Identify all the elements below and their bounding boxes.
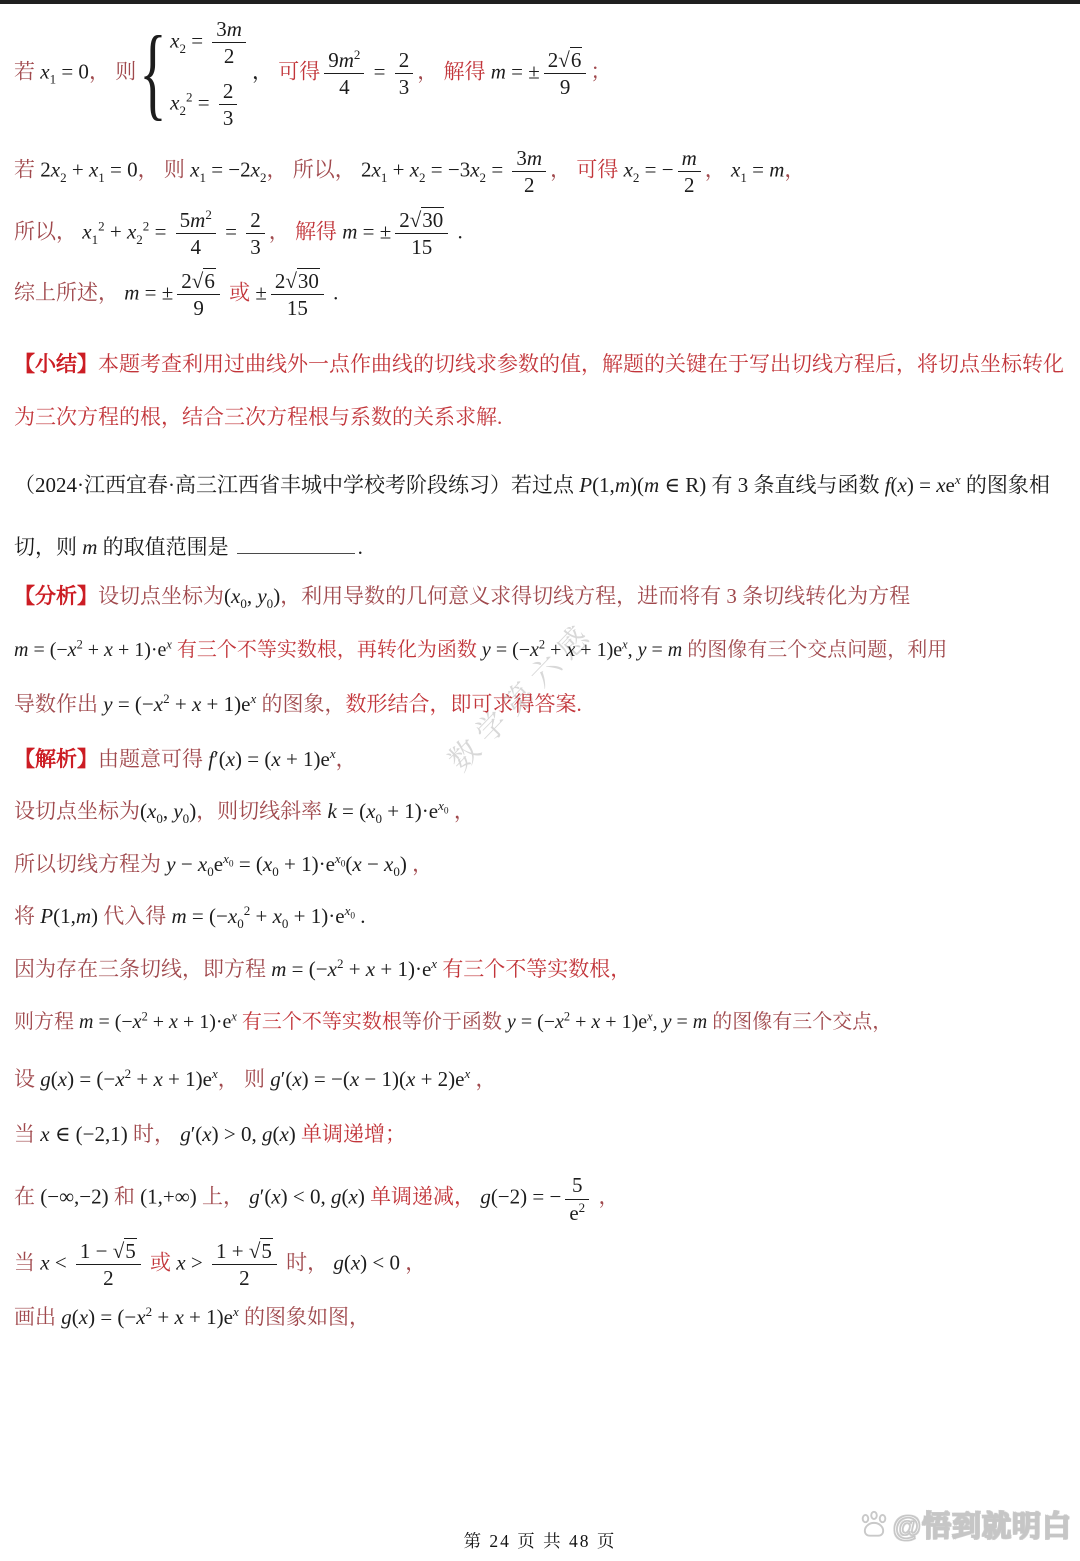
math-var: x (89, 158, 98, 182)
math-var: m (82, 535, 97, 559)
math-roman: + 1)·e (382, 799, 438, 823)
solution-line-derivative: 【解析】由题意可得 f′(x) = (x + 1)ex， (14, 743, 1068, 776)
math-roman: ∈ R) (659, 473, 706, 497)
math-roman: = (186, 29, 208, 53)
math-roman: = (149, 219, 171, 243)
math-roman: = (− (491, 639, 530, 661)
math-var: x (273, 904, 282, 928)
math-roman: (1, (592, 473, 615, 497)
highlight-text: 或 (145, 1250, 177, 1274)
highlight-text: 有三个不等实数根， (437, 957, 631, 981)
math-roman: ) < 0, (281, 1185, 331, 1209)
fraction: 1 + √52 (212, 1238, 277, 1292)
math-var: x (133, 1011, 142, 1033)
math-roman: 9 (560, 75, 571, 99)
cn-text: ， (593, 1185, 619, 1209)
math-roman: > (186, 1250, 208, 1274)
math-var: x (202, 1122, 211, 1146)
math-roman: + 1)e (184, 1305, 233, 1329)
fraction: 2√69 (544, 47, 587, 101)
cn-text: 等价于函数 (402, 1011, 507, 1033)
math-roman: )( (630, 473, 644, 497)
summary-paragraph: 【小结】本题考查利用过曲线外一点作曲线的切线求参数的值，解题的关键在于写出切线方… (14, 338, 1068, 445)
math-roman: e (946, 473, 955, 497)
highlight-text: 单调递减， (365, 1185, 481, 1209)
math-roman: 4 (339, 75, 350, 99)
black-text: （2024·江西宜春·高三江西省丰城中学校考阶段练习）若过点 (14, 473, 579, 497)
math-roman: ( (140, 799, 147, 823)
math-roman: ) < 0 (360, 1250, 400, 1274)
math-roman: < (50, 1250, 72, 1274)
highlight-text: 解得 (295, 219, 342, 243)
math-roman: − (362, 852, 384, 876)
math-var: x (410, 158, 419, 182)
math-var: P (40, 904, 53, 928)
solution-line-negative: 当 x < 1 − √52 或 x > 1 + √52 时， g(x) < 0 … (14, 1238, 1068, 1292)
cn-text: ， (218, 1067, 244, 1091)
math-roman: 30 (422, 208, 443, 232)
math-var: x (147, 799, 156, 823)
math-roman: ) = (− (88, 1305, 136, 1329)
highlight-text: 或 (224, 281, 256, 305)
math-roman: = (672, 1011, 693, 1033)
math-roman: = ( (234, 852, 263, 876)
math-roman: 15 (411, 235, 432, 259)
math-roman: = (− (28, 639, 67, 661)
cn-text: 设切点坐标为 (14, 799, 140, 823)
formula-line-conclusion: 综上所述， m = ±2√69 或 ±2√3015 . (14, 268, 1068, 322)
cn-text: 的图象， (256, 692, 345, 716)
math-roman: 2 (239, 1266, 250, 1290)
math-roman: + (152, 1305, 174, 1329)
math-roman: ( (72, 1305, 79, 1329)
math-var: x (350, 1067, 359, 1091)
analysis-line-1: 【分析】设切点坐标为(x0, y0)，利用导数的几何意义求得切线方程，进而将有 … (14, 580, 1068, 613)
math-roman: 2 (250, 208, 261, 232)
math-roman: 3 (216, 17, 227, 41)
math-roman: ± (255, 281, 267, 305)
baidu-paw-icon (858, 1509, 890, 1541)
cn-text: ， (407, 852, 433, 876)
math-var: g (333, 1250, 344, 1274)
problem-statement: （2024·江西宜春·高三江西省丰城中学校考阶段练习）若过点 P(1,m)(m … (14, 455, 1068, 579)
math-roman: = ± (139, 281, 173, 305)
math-roman: + (545, 639, 566, 661)
fraction: 5m24 (176, 207, 216, 261)
math-var: x (372, 158, 381, 182)
cn-text: 若 (14, 158, 40, 182)
math-var: x (898, 473, 907, 497)
math-roman: + 1)·e (375, 957, 431, 981)
math-roman: = − (639, 158, 673, 182)
math-var: x (366, 957, 375, 981)
math-var: x (40, 1250, 49, 1274)
math-roman: . (452, 219, 463, 243)
math-var: y (507, 1011, 516, 1033)
cn-text: ， (417, 59, 443, 83)
black-text: 有 3 条直线与函数 (706, 473, 885, 497)
math-var: x (263, 852, 272, 876)
math-roman: + 1)·e (288, 904, 344, 928)
solution-line-graph: 画出 g(x) = (−x2 + x + 1)ex 的图象如图， (14, 1301, 1068, 1334)
math-var: m (693, 1011, 707, 1033)
cn-text: 则 (164, 158, 190, 182)
math-var: x (40, 59, 49, 83)
math-roman: 2 (361, 158, 372, 182)
math-var: x (271, 747, 280, 771)
math-roman: (1, (53, 904, 76, 928)
math-var: x (292, 1067, 301, 1091)
math-var: x (169, 1011, 178, 1033)
cn-text: ， (336, 747, 357, 771)
formula-line-case1: 若 x1 = 0， 则{x2 = 3m2x22 = 23， 可得9m24 = 2… (14, 16, 1068, 131)
math-roman: + 1)e (201, 692, 250, 716)
subscript: 2 (179, 102, 186, 117)
math-roman: = (486, 158, 508, 182)
math-roman: ) (91, 904, 98, 928)
math-roman: = −2 (206, 158, 251, 182)
math-var: x (936, 473, 945, 497)
cn-text: 若 (14, 59, 40, 83)
math-var: x (192, 692, 201, 716)
math-var: m (615, 473, 630, 497)
math-var: x (154, 692, 163, 716)
cn-text: 由题意可得 (98, 747, 208, 771)
math-var: y (482, 639, 491, 661)
math-roman: 15 (287, 296, 308, 320)
highlight-text: 单调递增； (296, 1122, 406, 1146)
math-roman: , (628, 639, 638, 661)
superscript: 2 (354, 47, 361, 62)
math-roman: 2 (40, 158, 51, 182)
math-var: x (40, 1122, 49, 1146)
solution-line-three-roots: 因为存在三条切线，即方程 m = (−x2 + x + 1)·ex 有三个不等实… (14, 953, 1068, 986)
math-roman: = (220, 219, 242, 243)
math-var: g (180, 1122, 191, 1146)
math-var: g (40, 1067, 51, 1091)
fraction: 3m2 (512, 145, 546, 199)
highlight-text: 解得 (444, 59, 491, 83)
fraction: 9m24 (324, 47, 364, 101)
math-var: P (579, 473, 592, 497)
math-var: y (638, 639, 647, 661)
math-var: x (174, 1305, 183, 1329)
math-var: m (172, 904, 187, 928)
math-roman: + (170, 692, 192, 716)
math-var: x (351, 1250, 360, 1274)
math-var: x (624, 158, 633, 182)
solution-line-substitute: 将 P(1,m) 代入得 m = (−x02 + x0 + 1)·ex0 . (14, 900, 1068, 933)
cn-text: ， (449, 799, 475, 823)
math-roman: ′( (191, 1122, 203, 1146)
analysis-line-2: m = (−x2 + x + 1)·ex 有三个不等实数根，再转化为函数 y =… (14, 635, 1068, 666)
math-var: g (249, 1185, 260, 1209)
math-roman: 6 (204, 269, 215, 293)
math-roman: = (− (187, 904, 228, 928)
math-var: x (153, 1067, 162, 1091)
math-var: x (555, 1011, 564, 1033)
solution-line-decreasing: 在 (−∞,−2) 和 (1,+∞) 上， g′(x) < 0, g(x) 单调… (14, 1172, 1068, 1226)
sqrt: √5 (249, 1238, 273, 1264)
math-roman: 5 (180, 208, 191, 232)
math-var: x (406, 1067, 415, 1091)
black-text: . (358, 535, 363, 559)
math-var: m (271, 957, 286, 981)
math-roman: ( (51, 1067, 58, 1091)
math-roman: ) = ( (235, 747, 271, 771)
math-roman: . (328, 281, 339, 305)
math-roman: ) > 0, (212, 1122, 262, 1146)
cn-text: 时， (281, 1250, 334, 1274)
math-roman: + (83, 639, 104, 661)
math-roman: 2 (399, 208, 410, 232)
math-roman: ) (289, 1122, 296, 1146)
cn-text: 代入得 (98, 904, 172, 928)
cn-text: 在 (14, 1185, 40, 1209)
math-roman: + (67, 158, 89, 182)
cn-text: 所以， (14, 219, 82, 243)
cn-text: ， (550, 158, 576, 182)
document-page: 若 x1 = 0， 则{x2 = 3m2x22 = 23， 可得9m24 = 2… (0, 0, 1080, 1561)
math-roman: + 1)e (163, 1067, 212, 1091)
math-var: m (644, 473, 659, 497)
math-var: x (115, 1067, 124, 1091)
math-var: x (470, 158, 479, 182)
cn-text: 的图像有三个交点， (707, 1011, 892, 1033)
math-var: g (270, 1067, 281, 1091)
math-var: x (68, 639, 77, 661)
math-roman: 3 (223, 106, 234, 130)
math-var: m (668, 639, 682, 661)
cn-text: ， (138, 158, 164, 182)
math-var: x (176, 1250, 185, 1274)
math-roman: + 1)·e (178, 1011, 231, 1033)
math-var: x (530, 639, 539, 661)
solution-content: 若 x1 = 0， 则{x2 = 3m2x22 = 23， 可得9m24 = 2… (0, 0, 1080, 1334)
math-roman: + 1)e (281, 747, 330, 771)
math-roman: ) (358, 1185, 365, 1209)
math-var: g (61, 1305, 72, 1329)
math-var: x (348, 1185, 357, 1209)
math-var: x (82, 219, 91, 243)
math-var: x (279, 1122, 288, 1146)
cn-text: ， (470, 1067, 496, 1091)
blank-underline (237, 530, 355, 553)
math-roman: ， (252, 59, 278, 83)
math-var: y (166, 852, 175, 876)
math-roman: ) = −( (302, 1067, 350, 1091)
cn-text: ； (590, 59, 611, 83)
cn-text: 的图象如图， (239, 1305, 370, 1329)
math-roman: + 1)·e (113, 639, 166, 661)
math-roman: ′( (260, 1185, 272, 1209)
superscript: 2 (205, 207, 212, 222)
math-roman: 3 (399, 75, 410, 99)
math-roman: = (− (93, 1011, 132, 1033)
math-roman: + 2)e (415, 1067, 464, 1091)
math-roman: − 1)( (359, 1067, 406, 1091)
math-roman: 4 (191, 235, 202, 259)
cn-text: 的图像有三个交点问题，利用 (682, 639, 947, 661)
math-roman: = (747, 158, 769, 182)
fraction: 5e2 (565, 1172, 589, 1226)
math-var: y (103, 692, 112, 716)
math-var: x (136, 1305, 145, 1329)
subscript: 2 (136, 231, 143, 246)
math-var: x (328, 957, 337, 981)
math-var: x (566, 639, 575, 661)
highlight-text: 有三个不等实数根 (237, 1011, 402, 1033)
math-roman: ′( (214, 747, 226, 771)
section-label: 【解析】 (14, 747, 98, 771)
math-roman: = ( (337, 799, 366, 823)
analysis-line-3: 导数作出 y = (−x2 + x + 1)ex 的图象，数形结合，即可求得答案… (14, 688, 1068, 721)
math-roman: ) (400, 852, 407, 876)
math-roman: 3 (250, 235, 261, 259)
math-roman: e (569, 1201, 578, 1225)
math-var: x (104, 639, 113, 661)
cn-text: 将 (14, 904, 40, 928)
math-roman: ( (891, 473, 898, 497)
math-roman: 1 + (216, 1239, 249, 1263)
section-label: 【小结】 (14, 352, 98, 376)
math-roman: 3 (516, 146, 527, 170)
math-var: m (527, 146, 542, 170)
math-roman: + (131, 1067, 153, 1091)
math-var: m (227, 17, 242, 41)
cn-text: 综上所述， (14, 281, 124, 305)
sqrt: √6 (558, 47, 582, 73)
math-var: m (339, 48, 354, 72)
subscript: 0 (237, 916, 244, 931)
fraction: m2 (678, 145, 701, 199)
math-roman: 9 (328, 48, 339, 72)
cn-text: 则 (115, 59, 136, 83)
math-roman: ) = (907, 473, 936, 497)
math-roman: = −3 (426, 158, 471, 182)
highlight-text: 数形结合，即可求得答案. (345, 692, 581, 716)
math-roman: + 1)e (575, 639, 622, 661)
math-roman: 9 (193, 296, 204, 320)
brace-system: {x2 = 3m2x22 = 23 (138, 16, 250, 131)
math-var: k (327, 799, 336, 823)
math-roman: = (368, 59, 390, 83)
math-var: x (591, 1011, 600, 1033)
math-roman: 2 (399, 48, 410, 72)
math-roman: + 1)·e (279, 852, 335, 876)
cn-text: 上， (197, 1185, 250, 1209)
math-roman: 1 − (80, 1239, 113, 1263)
math-var: m (491, 59, 506, 83)
cn-text: ， (400, 1250, 426, 1274)
solution-line-slope: 设切点坐标为(x0, y0)，则切线斜率 k = (x0 + 1)·ex0 ， (14, 795, 1068, 828)
math-roman: ∈ (−2,1) (50, 1122, 128, 1146)
math-var: x (198, 852, 207, 876)
math-var: m (342, 219, 357, 243)
cn-text: ， (269, 219, 295, 243)
math-var: x (51, 158, 60, 182)
math-roman: (1,+∞) (140, 1185, 197, 1209)
math-roman: , (247, 584, 258, 608)
formula-line-case2-result: 所以， x12 + x22 = 5m24 = 23， 解得 m = ±2√301… (14, 207, 1068, 261)
math-var: x (384, 852, 393, 876)
math-roman: = (647, 639, 668, 661)
cn-text: 因为存在三条切线，即方程 (14, 957, 271, 981)
math-roman: − (176, 852, 198, 876)
cn-text: 所以， (293, 158, 361, 182)
cn-text: 所以切线方程为 (14, 852, 166, 876)
math-roman: = (− (516, 1011, 555, 1033)
math-roman: ) = (− (67, 1067, 115, 1091)
math-var: x (226, 747, 235, 771)
math-var: x (251, 158, 260, 182)
math-var: x (731, 158, 740, 182)
cn-text: ， (784, 158, 805, 182)
sqrt: √5 (113, 1238, 137, 1264)
math-roman: ( (224, 584, 231, 608)
math-roman: + (105, 219, 127, 243)
math-var: x (79, 1305, 88, 1329)
sqrt: √30 (410, 207, 445, 233)
math-roman: (−∞,−2) (40, 1185, 108, 1209)
math-var: y (663, 1011, 672, 1033)
math-roman: 5 (125, 1239, 136, 1263)
cn-text: 则 (244, 1067, 270, 1091)
cn-text: ， (267, 158, 293, 182)
math-roman: 2 (223, 79, 234, 103)
math-var: x (58, 1067, 67, 1091)
solution-line-equivalence: 则方程 m = (−x2 + x + 1)·ex 有三个不等实数根等价于函数 y… (14, 1007, 1068, 1038)
math-roman: = (− (286, 957, 327, 981)
math-var: x (352, 852, 361, 876)
math-roman: ′( (281, 1067, 293, 1091)
math-roman: e (214, 852, 223, 876)
solution-line-increasing: 当 x ∈ (−2,1) 时， g′(x) > 0, g(x) 单调递增； (14, 1118, 1068, 1151)
math-roman: = 0 (105, 158, 138, 182)
superscript: x0 (335, 851, 345, 866)
cn-text: 当 (14, 1250, 40, 1274)
math-roman: 2 (224, 44, 235, 68)
section-label: 【分析】 (14, 584, 98, 608)
math-var: x (271, 1185, 280, 1209)
black-text: 的取值范围是 (97, 535, 228, 559)
math-roman: + (387, 158, 409, 182)
cn-text: ，则切线斜率 (196, 799, 327, 823)
highlight-text: 有三个不等实数根，再转化为函数 (172, 639, 482, 661)
math-roman: = ± (357, 219, 391, 243)
math-var: x (127, 219, 136, 243)
math-roman: 5 (261, 1239, 272, 1263)
cn-text: 画出 (14, 1305, 61, 1329)
fraction: 3m2 (212, 16, 246, 70)
math-var: m (76, 904, 91, 928)
math-roman: . (355, 904, 366, 928)
cn-text: ， (705, 158, 731, 182)
fraction: 2√3015 (271, 268, 324, 322)
math-var: m (682, 146, 697, 170)
math-roman: 2 (275, 269, 286, 293)
subscript: 1 (92, 231, 99, 246)
superscript: x0 (438, 798, 448, 813)
math-roman: 30 (298, 269, 319, 293)
sqrt: √6 (192, 268, 216, 294)
fraction: 2√3015 (395, 207, 448, 261)
superscript: x0 (223, 851, 233, 866)
math-roman: 6 (571, 48, 582, 72)
math-var: m (79, 1011, 93, 1033)
fraction: 1 − √52 (76, 1238, 141, 1292)
math-var: g (262, 1122, 273, 1146)
